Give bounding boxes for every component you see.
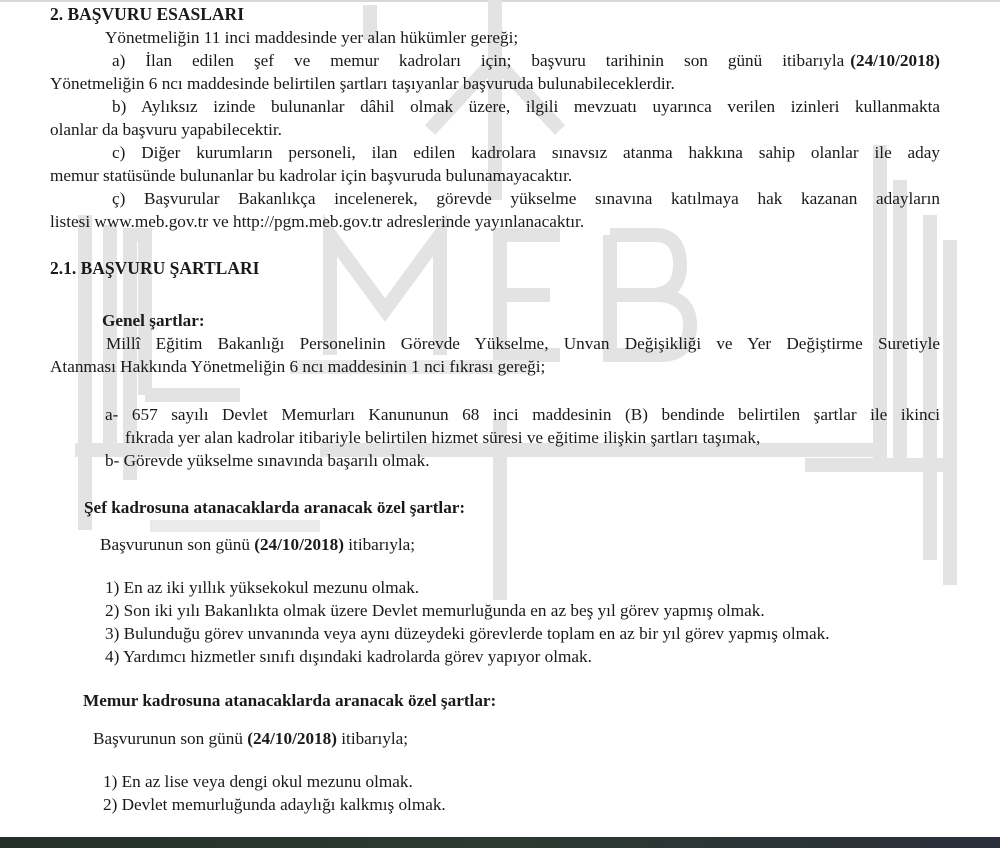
condition-b: b- Görevde yükselme sınavında başarılı o… (105, 451, 430, 471)
item-cedilla-continuation: listesi www.meb.gov.tr ve http://pgm.meb… (50, 212, 584, 232)
item-cedilla: ç) Başvurular Bakanlıkça incelenerek, gö… (112, 189, 940, 209)
chief-requirement-3: 3) Bulunduğu görev unvanında veya aynı d… (105, 624, 830, 644)
general-paragraph-continuation: Atanması Hakkında Yönetmeliğin 6 ncı mad… (50, 357, 545, 377)
general-conditions-heading: Genel şartlar: (102, 311, 205, 331)
officer-requirement-2: 2) Devlet memurluğunda adaylığı kalkmış … (103, 795, 446, 815)
item-b: b) Aylıksız izinde bulunanlar dâhil olma… (112, 97, 940, 117)
officer-deadline-text: Başvurunun son günü (93, 729, 247, 748)
officer-deadline-suffix: itibarıyla; (337, 729, 408, 748)
chief-deadline-suffix: itibarıyla; (344, 535, 415, 554)
section-title: 2. BAŞVURU ESASLARI (50, 4, 244, 24)
chief-requirement-2: 2) Son iki yılı Bakanlıkta olmak üzere D… (105, 601, 765, 621)
chief-deadline: Başvurunun son günü (24/10/2018) itibarı… (100, 535, 415, 555)
item-c-continuation: memur statüsünde bulunanlar bu kadrolar … (50, 166, 572, 186)
officer-deadline-date: (24/10/2018) (247, 729, 337, 748)
chief-requirement-4: 4) Yardımcı hizmetler sınıfı dışındaki k… (105, 647, 592, 667)
chief-requirement-1: 1) En az iki yıllık yüksekokul mezunu ol… (105, 578, 419, 598)
chief-deadline-text: Başvurunun son günü (100, 535, 254, 554)
chief-heading: Şef kadrosuna atanacaklarda aranacak öze… (84, 498, 465, 518)
item-a-continuation: Yönetmeliğin 6 ncı maddesinde belirtilen… (50, 74, 675, 94)
item-a-text: a) İlan edilen şef ve memur kadroları iç… (112, 51, 844, 71)
deadline-date: (24/10/2018) (850, 51, 940, 71)
page-top-border (0, 0, 1000, 2)
subsection-title: 2.1. BAŞVURU ŞARTLARI (50, 258, 259, 278)
intro-paragraph: Yönetmeliğin 11 inci maddesinde yer alan… (105, 28, 518, 48)
officer-requirement-1: 1) En az lise veya dengi okul mezunu olm… (103, 772, 413, 792)
officer-deadline: Başvurunun son günü (24/10/2018) itibarı… (93, 729, 408, 749)
general-paragraph: Millî Eğitim Bakanlığı Personelinin Göre… (106, 334, 940, 354)
officer-heading: Memur kadrosuna atanacaklarda aranacak ö… (83, 691, 496, 711)
item-b-continuation: olanlar da başvuru yapabilecektir. (50, 120, 282, 140)
condition-a: a- 657 sayılı Devlet Memurları Kanununun… (105, 405, 940, 425)
chief-deadline-date: (24/10/2018) (254, 535, 344, 554)
condition-a-continuation: fıkrada yer alan kadrolar itibariyle bel… (125, 428, 760, 448)
item-c: c) Diğer kurumların personeli, ilan edil… (112, 143, 940, 163)
viewer-bottom-bar (0, 837, 1000, 848)
item-a: a) İlan edilen şef ve memur kadroları iç… (112, 51, 940, 71)
